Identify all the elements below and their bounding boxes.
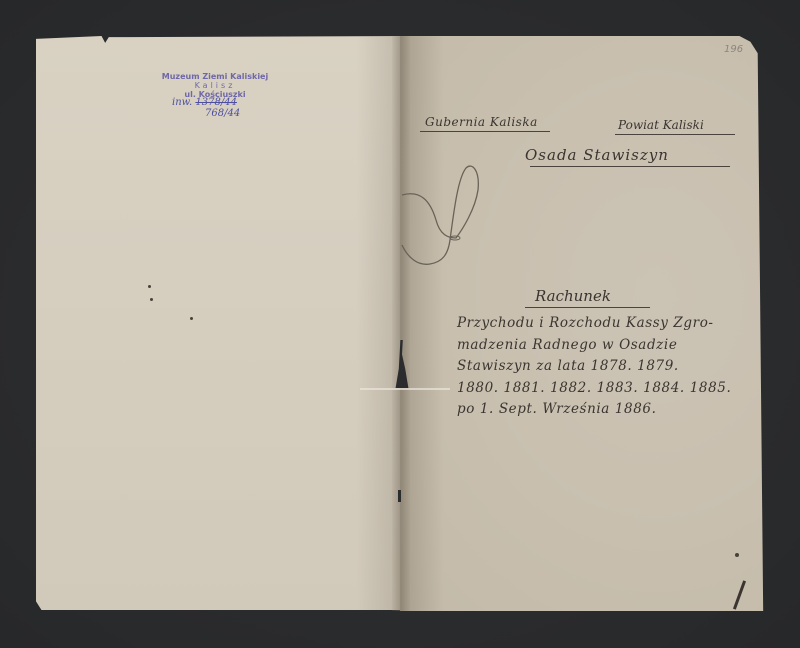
underline-powiat	[615, 134, 735, 135]
folio-number: 196	[724, 44, 743, 55]
inventory-number: 768/44	[205, 108, 240, 119]
header-powiat: Powiat Kaliski	[618, 118, 704, 132]
spine-tear-small	[398, 490, 401, 502]
museum-stamp: Muzeum Ziemi Kaliskiej Kalisz ul. Kościu…	[160, 72, 270, 100]
ink-mark	[190, 317, 193, 320]
body-line-1: Przychodu i Rozchodu Kassy Zgro-	[457, 315, 714, 331]
stamp-line-2: Kalisz	[160, 81, 270, 90]
stamp-line-1: Muzeum Ziemi Kaliskiej	[160, 72, 270, 81]
inventory-crossed: 1378/44	[195, 97, 237, 108]
settlement-name: Osada Stawiszyn	[525, 146, 669, 164]
inventory-number-old: inw. 1378/44	[172, 97, 237, 108]
spine-fold	[392, 36, 410, 611]
document-title: Rachunek	[535, 287, 611, 305]
ink-mark	[150, 298, 153, 301]
body-line-5: po 1. Sept. Września 1886.	[457, 401, 656, 417]
body-line-3: Stawiszyn za lata 1878. 1879.	[457, 358, 679, 374]
body-line-2: madzenia Radnego w Osadzie	[457, 337, 677, 353]
header-gubernia: Gubernia Kaliska	[425, 115, 538, 129]
inventory-prefix: inw.	[172, 97, 192, 108]
left-page	[36, 36, 400, 610]
ink-blot	[735, 553, 739, 557]
underline-settlement	[530, 166, 730, 167]
underline-title	[525, 307, 650, 308]
underline-gubernia	[420, 131, 550, 132]
ink-mark	[148, 285, 151, 288]
body-line-4: 1880. 1881. 1882. 1883. 1884. 1885.	[457, 380, 731, 396]
binding-cord	[380, 150, 500, 280]
tear-crease	[360, 388, 450, 390]
